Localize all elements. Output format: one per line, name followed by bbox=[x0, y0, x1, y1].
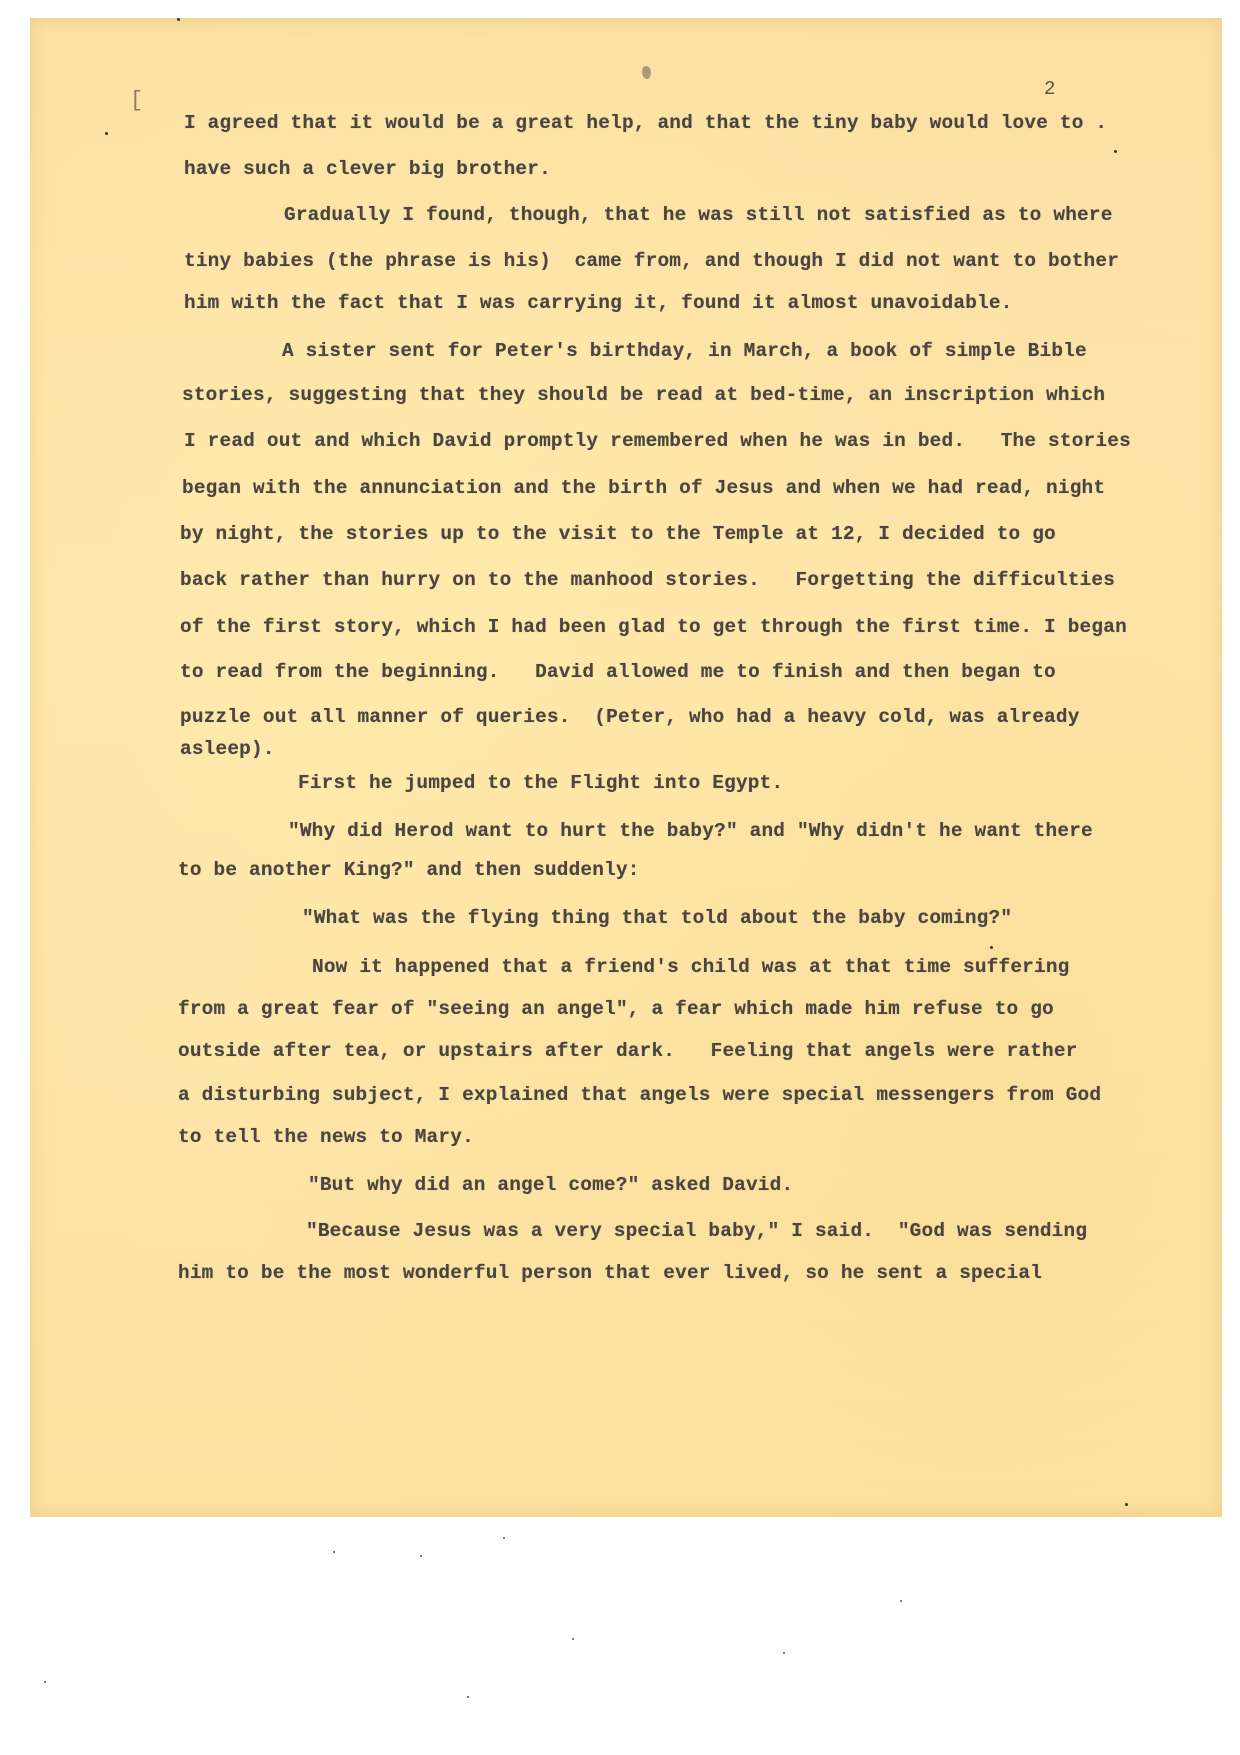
text-line: "What was the flying thing that told abo… bbox=[302, 907, 1012, 929]
text-line: I agreed that it would be a great help, … bbox=[184, 112, 1107, 134]
margin-bracket-mark: [ bbox=[130, 88, 143, 113]
scan-speck bbox=[44, 1681, 46, 1683]
text-line: I read out and which David promptly reme… bbox=[184, 430, 1131, 452]
text-line: him to be the most wonderful person that… bbox=[178, 1262, 1042, 1284]
text-line: to tell the news to Mary. bbox=[178, 1126, 474, 1148]
text-line: First he jumped to the Flight into Egypt… bbox=[298, 772, 783, 794]
text-line: outside after tea, or upstairs after dar… bbox=[178, 1040, 1078, 1062]
text-line: to read from the beginning. David allowe… bbox=[180, 661, 1056, 683]
text-line: to be another King?" and then suddenly: bbox=[178, 859, 640, 881]
page-number: 2 bbox=[1044, 78, 1055, 100]
text-line: puzzle out all manner of queries. (Peter… bbox=[180, 706, 1080, 728]
text-line: from a great fear of "seeing an angel", … bbox=[178, 998, 1054, 1020]
scan-speck bbox=[420, 1555, 422, 1557]
text-line: of the first story, which I had been gla… bbox=[180, 616, 1127, 638]
text-line: by night, the stories up to the visit to… bbox=[180, 523, 1056, 545]
scan-speck bbox=[503, 1537, 505, 1539]
scan-speck bbox=[900, 1600, 902, 1602]
text-line: have such a clever big brother. bbox=[184, 158, 551, 180]
text-line: Now it happened that a friend's child wa… bbox=[312, 956, 1070, 978]
text-line: began with the annunciation and the birt… bbox=[182, 477, 1105, 499]
typewritten-page bbox=[30, 18, 1222, 1517]
text-line: "Why did Herod want to hurt the baby?" a… bbox=[288, 820, 1093, 842]
scan-speck bbox=[467, 1696, 469, 1698]
text-line: him with the fact that I was carrying it… bbox=[184, 292, 1013, 314]
text-line: "Because Jesus was a very special baby,"… bbox=[306, 1220, 1087, 1242]
text-line: A sister sent for Peter's birthday, in M… bbox=[282, 340, 1087, 362]
ink-speck bbox=[105, 132, 108, 135]
ink-speck bbox=[990, 946, 993, 949]
ink-speck bbox=[1125, 1503, 1128, 1506]
scan-speck bbox=[783, 1652, 785, 1654]
text-line: "But why did an angel come?" asked David… bbox=[308, 1174, 793, 1196]
ink-speck bbox=[1114, 150, 1117, 153]
scan-speck bbox=[333, 1551, 335, 1553]
ink-speck bbox=[177, 18, 180, 21]
text-line: stories, suggesting that they should be … bbox=[182, 384, 1105, 406]
ink-blot-mark bbox=[642, 66, 651, 79]
text-line: Gradually I found, though, that he was s… bbox=[284, 204, 1113, 226]
text-line: a disturbing subject, I explained that a… bbox=[178, 1084, 1101, 1106]
scan-speck bbox=[572, 1638, 574, 1640]
text-line: asleep). bbox=[180, 738, 275, 760]
text-line: tiny babies (the phrase is his) came fro… bbox=[184, 250, 1119, 272]
text-line: back rather than hurry on to the manhood… bbox=[180, 569, 1115, 591]
